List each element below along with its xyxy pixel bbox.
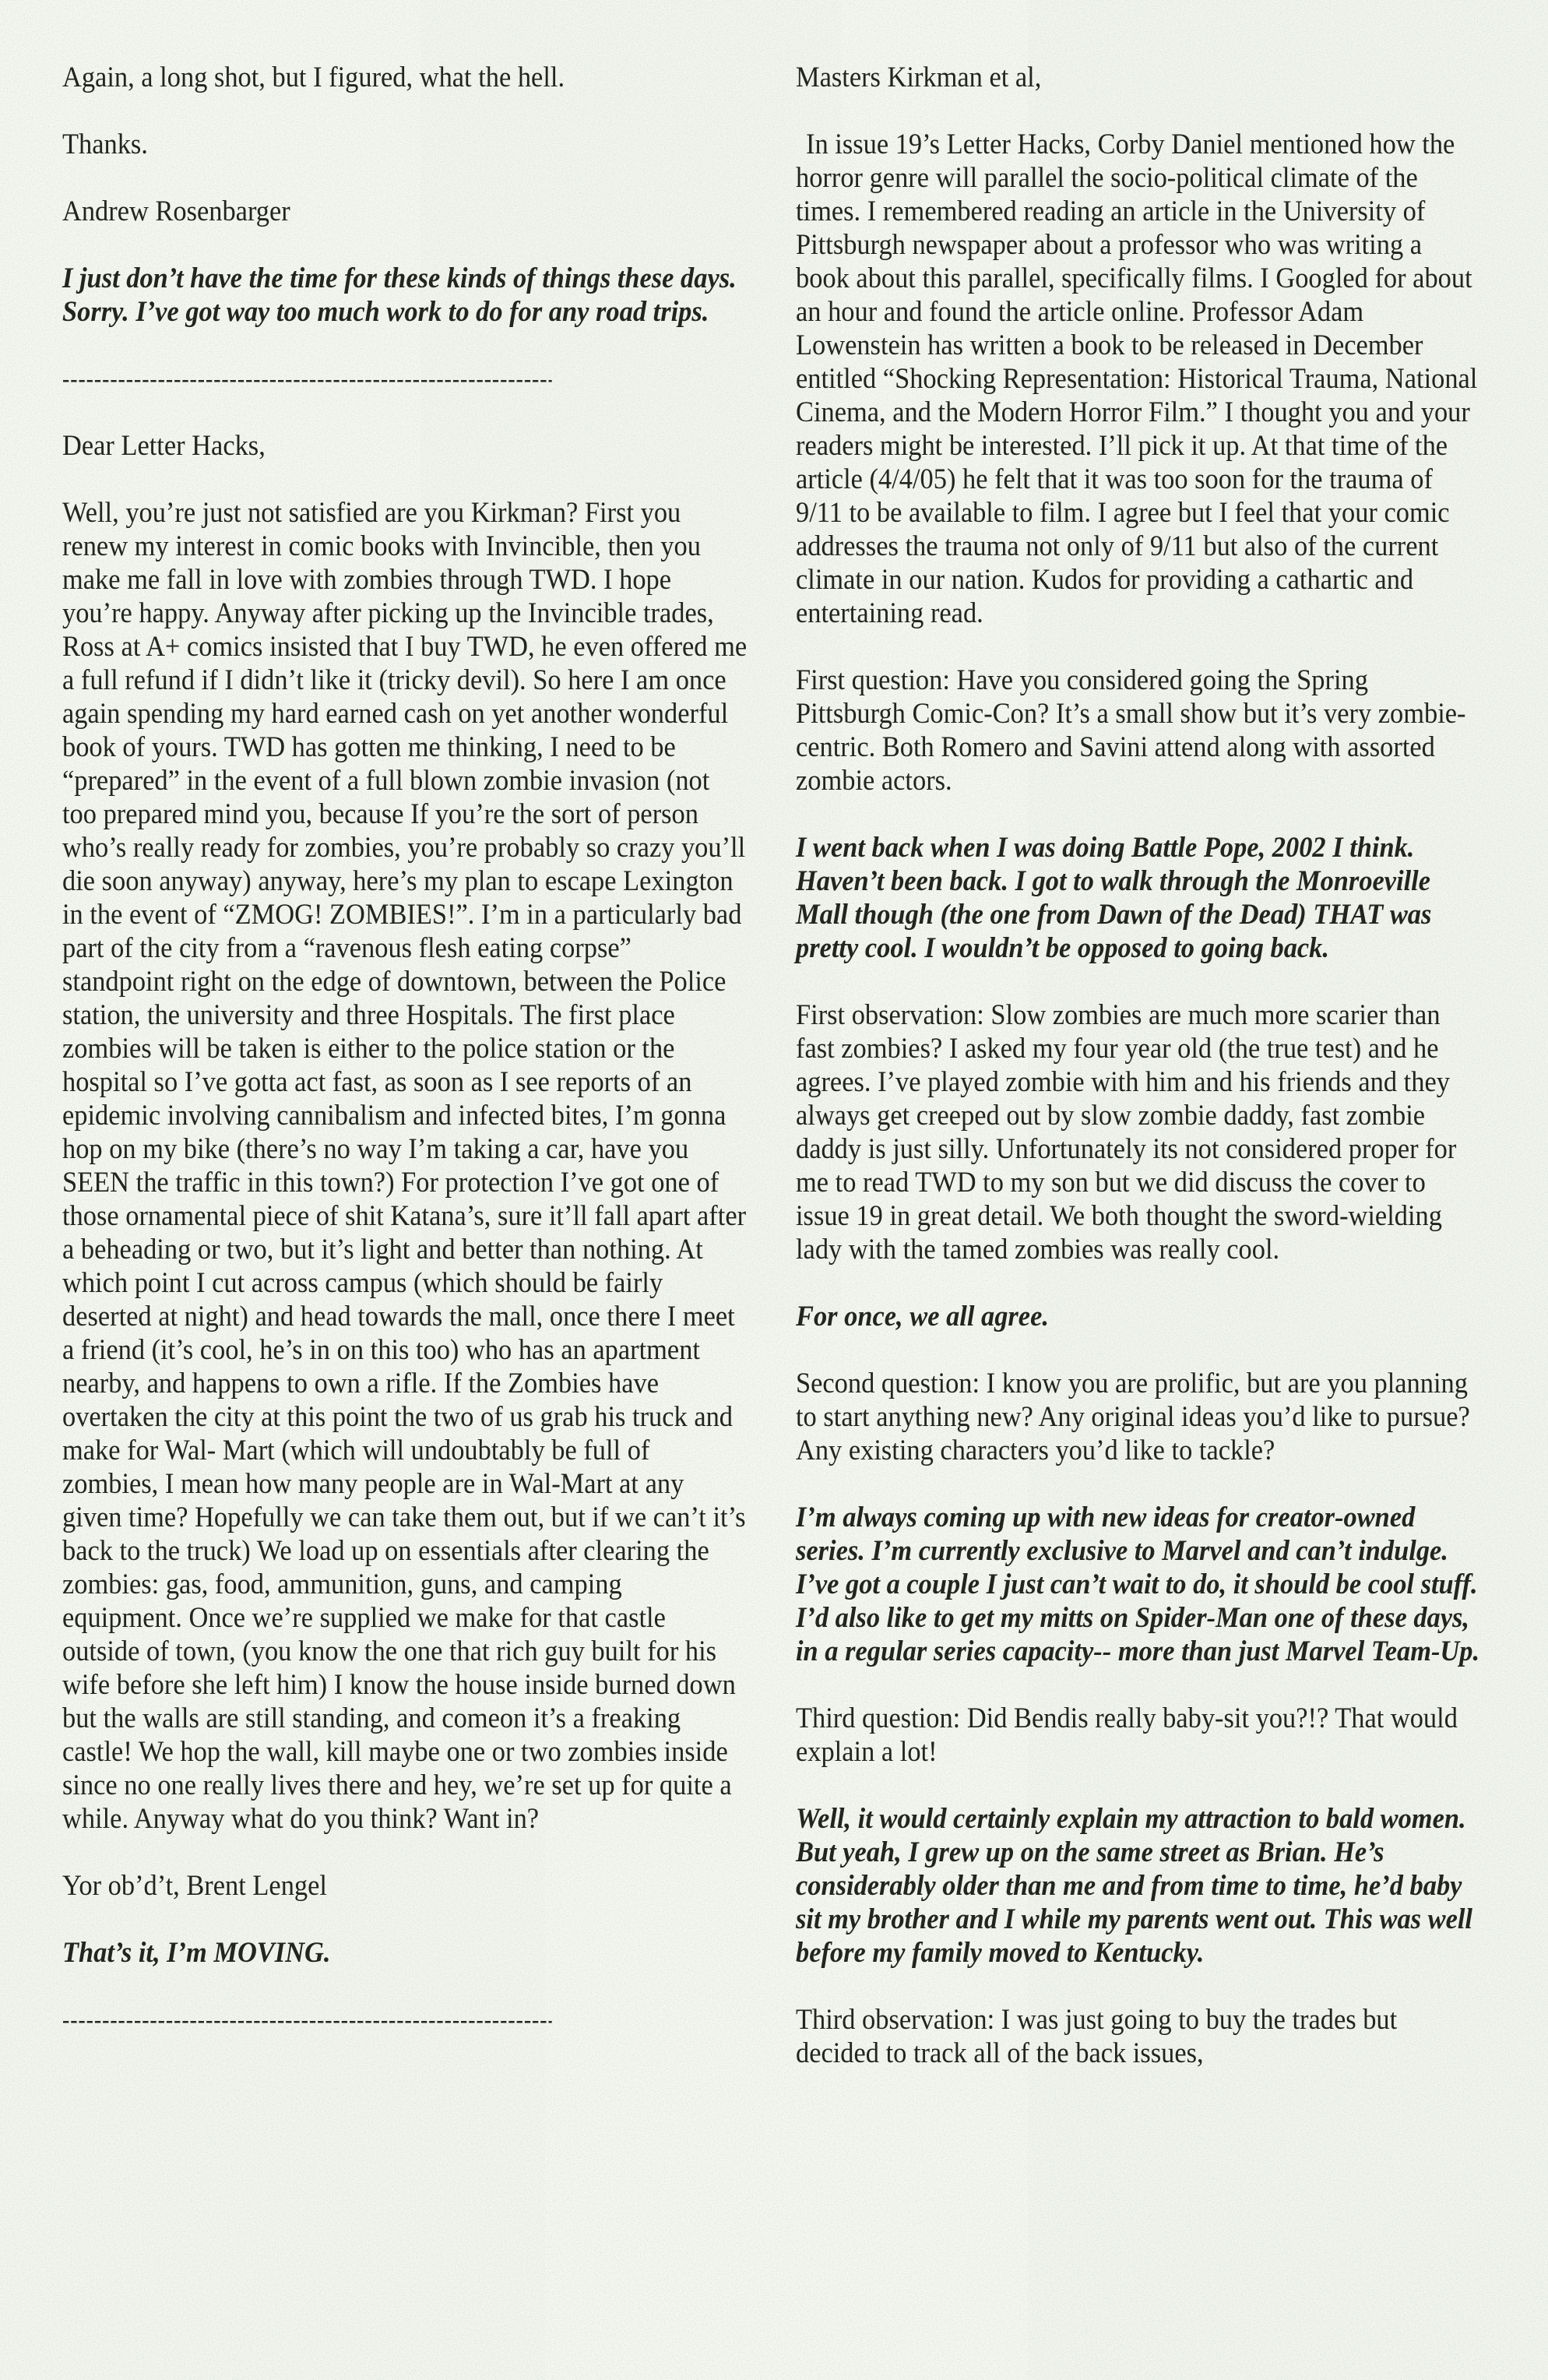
letter-paragraph: Yor ob’d’t, Brent Lengel — [62, 1869, 748, 1903]
letter-paragraph: Thanks. — [62, 128, 748, 161]
letter-paragraph: First observation: Slow zombies are much… — [796, 998, 1481, 1266]
letter-paragraph: Masters Kirkman et al, — [796, 61, 1481, 94]
editor-reply-paragraph: For once, we all agree. — [796, 1300, 1481, 1333]
letters-column-right: Masters Kirkman et al,In issue 19’s Lett… — [796, 61, 1481, 2104]
letter-paragraph: Well, you’re just not satisfied are you … — [62, 496, 748, 1836]
editor-reply-paragraph: I just don’t have the time for these kin… — [62, 262, 748, 329]
letter-paragraph: Second question: I know you are prolific… — [796, 1367, 1481, 1467]
editor-reply-paragraph: Well, it would certainly explain my attr… — [796, 1802, 1481, 1970]
divider-line: ----------------------------------------… — [62, 2003, 552, 2037]
letter-paragraph: Again, a long shot, but I figured, what … — [62, 61, 748, 94]
divider-line: ----------------------------------------… — [62, 362, 552, 396]
editor-reply-paragraph: That’s it, I’m MOVING. — [62, 1936, 748, 1970]
editor-reply-paragraph: I’m always coming up with new ideas for … — [796, 1501, 1481, 1668]
editor-reply-paragraph: I went back when I was doing Battle Pope… — [796, 831, 1481, 965]
letter-paragraph: Andrew Rosenbarger — [62, 195, 748, 228]
letter-paragraph: First question: Have you considered goin… — [796, 664, 1481, 797]
letter-paragraph: Third observation: I was just going to b… — [796, 2003, 1481, 2070]
letter-paragraph: Third question: Did Bendis really baby-s… — [796, 1702, 1481, 1769]
letters-column-left: Again, a long shot, but I figured, what … — [62, 61, 748, 2070]
letter-paragraph: In issue 19’s Letter Hacks, Corby Daniel… — [796, 128, 1481, 630]
letter-paragraph: Dear Letter Hacks, — [62, 429, 748, 463]
